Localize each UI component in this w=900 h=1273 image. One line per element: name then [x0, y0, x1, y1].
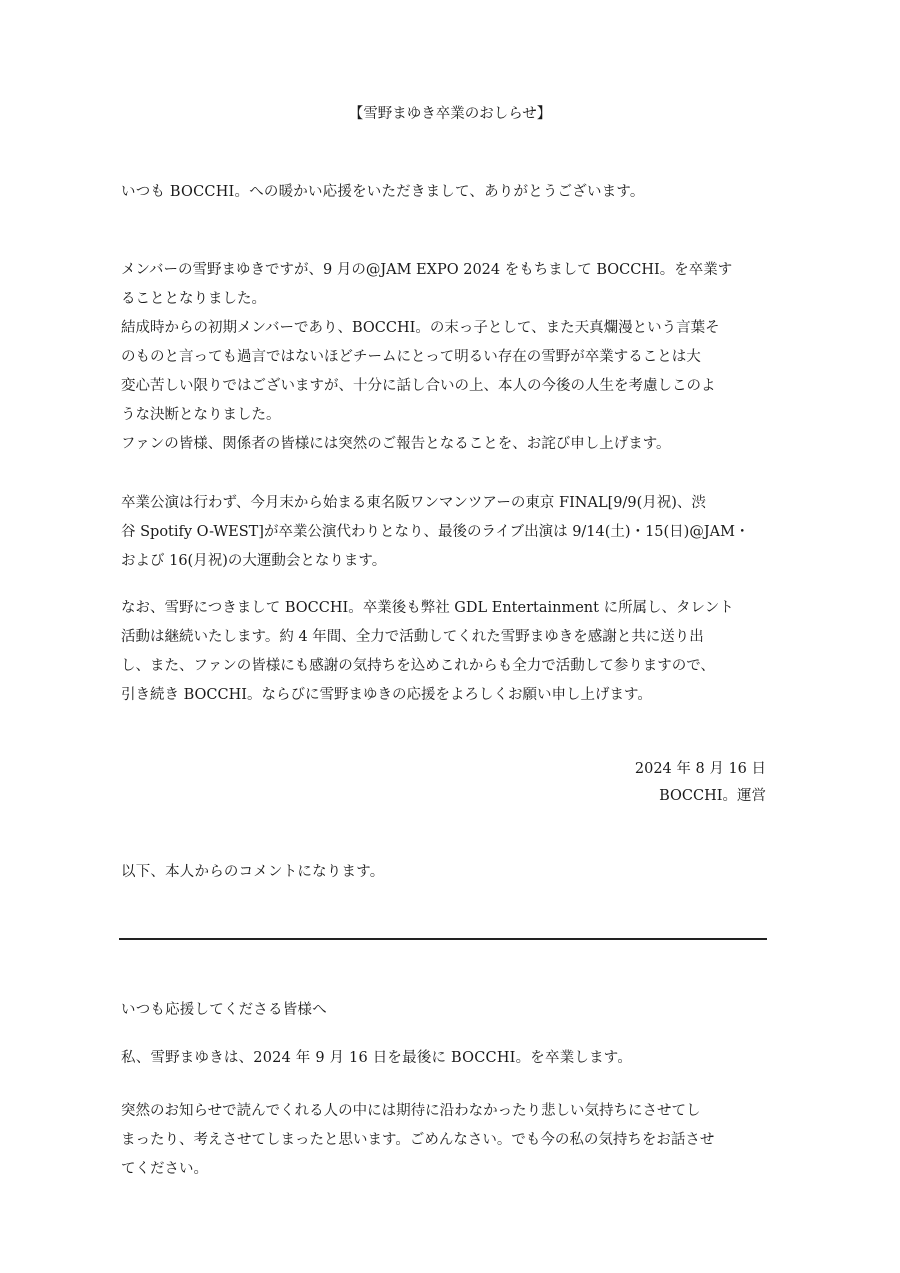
- text-line: のものと言っても過言ではないほどチームにとって明るい存在の雪野が卒業することは大: [121, 347, 771, 376]
- text-line: し、また、ファンの皆様にも感謝の気持ちを込めこれからも全力で活動して参りますので…: [121, 656, 771, 685]
- greeting-text: いつも BOCCHI。への暖かい応援をいただきまして、ありがとうございます。: [121, 182, 645, 202]
- comment-paragraph: 突然のお知らせで読んでくれる人の中には期待に沿わなかったり悲しい気持ちにさせてし…: [121, 1101, 771, 1188]
- text-line: 谷 Spotify O-WEST]が卒業公演代わりとなり、最後のライブ出演は 9…: [121, 522, 771, 551]
- text-line: メンバーの雪野まゆきですが、9 月の@JAM EXPO 2024 をもちまして …: [121, 260, 771, 289]
- comment-intro-text: 以下、本人からのコメントになります。: [121, 862, 384, 882]
- signature-org: BOCCHI。運営: [659, 786, 766, 806]
- text-line: 結成時からの初期メンバーであり、BOCCHI。の末っ子として、また天真爛漫という…: [121, 318, 771, 347]
- section-divider: [119, 938, 767, 940]
- text-line: ファンの皆様、関係者の皆様には突然のご報告となることを、お詫び申し上げます。: [121, 434, 771, 463]
- comment-announcement: 私、雪野まゆきは、2024 年 9 月 16 日を最後に BOCCHI。を卒業し…: [121, 1048, 632, 1068]
- schedule-paragraph: 卒業公演は行わず、今月末から始まる東名阪ワンマンツアーの東京 FINAL[9/9…: [121, 493, 771, 580]
- document-title: 【雪野まゆき卒業のおしらせ】: [0, 104, 900, 124]
- text-line: てください。: [121, 1159, 771, 1188]
- signature-date: 2024 年 8 月 16 日: [635, 759, 766, 779]
- comment-salutation: いつも応援してくださる皆様へ: [121, 1000, 327, 1020]
- text-line: ることとなりました。: [121, 289, 771, 318]
- text-line: および 16(月祝)の大運動会となります。: [121, 551, 771, 580]
- text-line: 突然のお知らせで読んでくれる人の中には期待に沿わなかったり悲しい気持ちにさせてし: [121, 1101, 771, 1130]
- announcement-paragraph: メンバーの雪野まゆきですが、9 月の@JAM EXPO 2024 をもちまして …: [121, 260, 771, 463]
- text-line: 活動は継続いたします。約 4 年間、全力で活動してくれた雪野まゆきを感謝と共に送…: [121, 627, 771, 656]
- future-activity-paragraph: なお、雪野につきまして BOCCHI。卒業後も弊社 GDL Entertainm…: [121, 598, 771, 714]
- text-line: 変心苦しい限りではございますが、十分に話し合いの上、本人の今後の人生を考慮しこの…: [121, 376, 771, 405]
- text-line: 引き続き BOCCHI。ならびに雪野まゆきの応援をよろしくお願い申し上げます。: [121, 685, 771, 714]
- text-line: なお、雪野につきまして BOCCHI。卒業後も弊社 GDL Entertainm…: [121, 598, 771, 627]
- text-line: まったり、考えさせてしまったと思います。ごめんなさい。でも今の私の気持ちをお話さ…: [121, 1130, 771, 1159]
- text-line: うな決断となりました。: [121, 405, 771, 434]
- document-page: 【雪野まゆき卒業のおしらせ】 いつも BOCCHI。への暖かい応援をいただきまし…: [0, 0, 900, 1273]
- text-line: 卒業公演は行わず、今月末から始まる東名阪ワンマンツアーの東京 FINAL[9/9…: [121, 493, 771, 522]
